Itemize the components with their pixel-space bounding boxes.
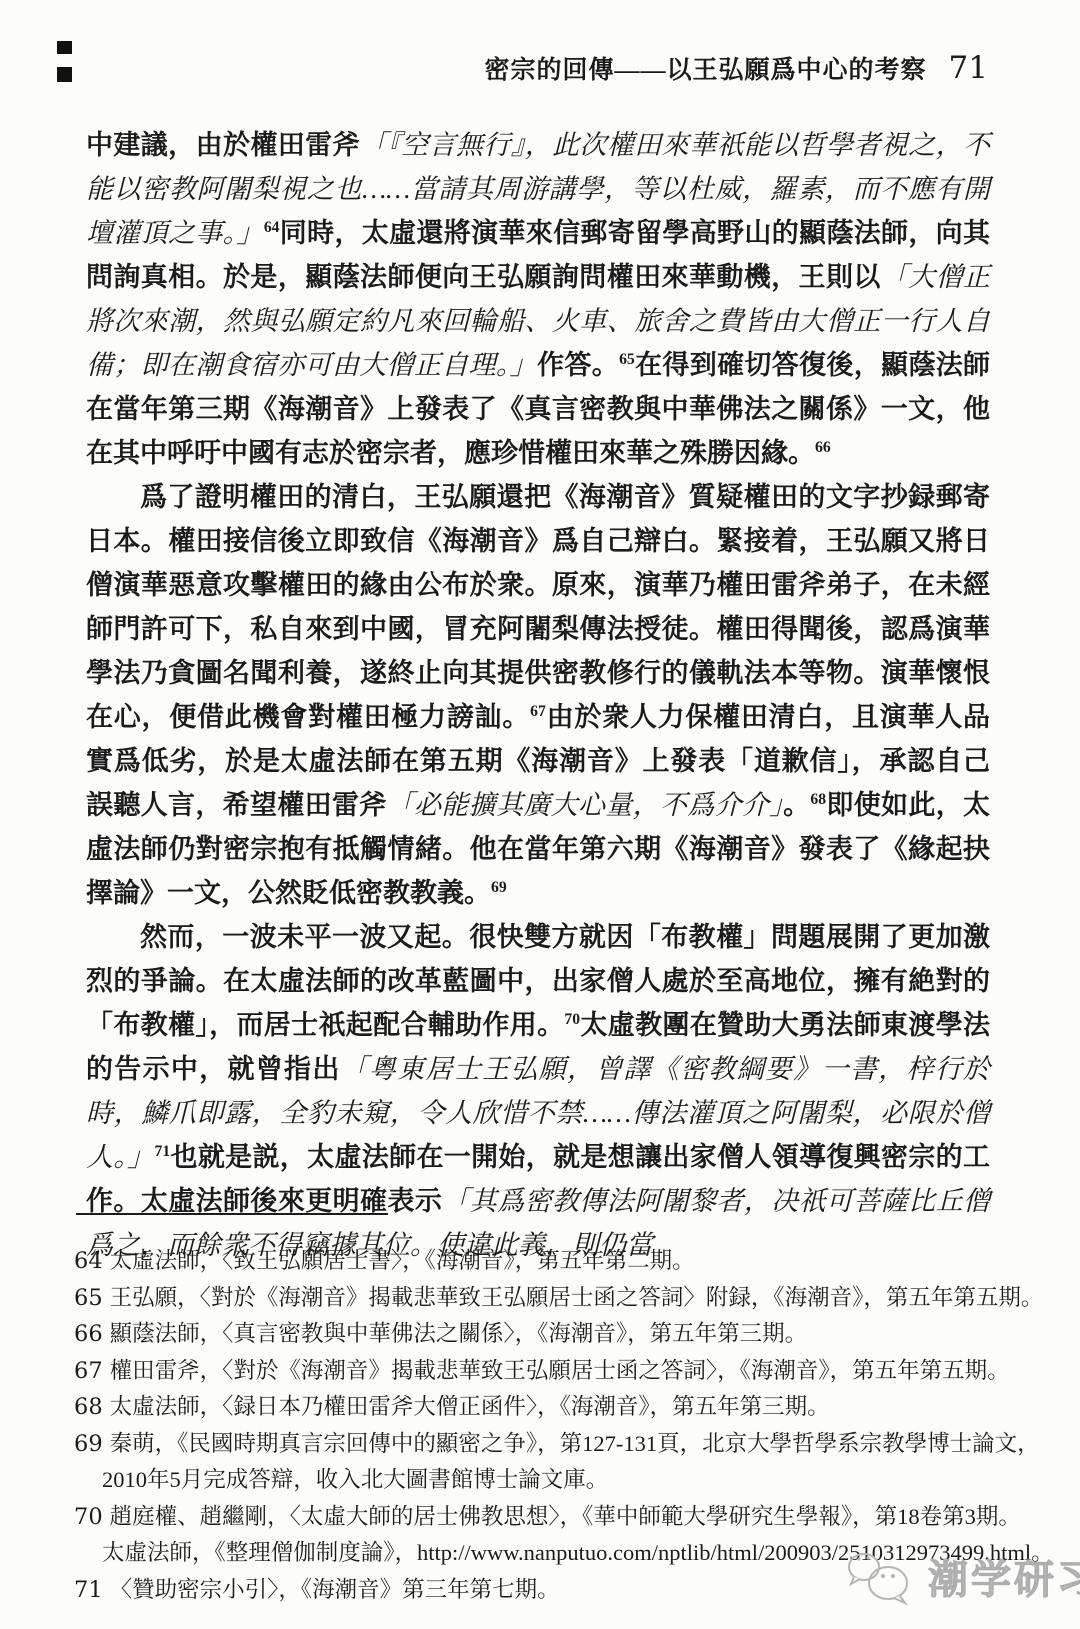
scanned-paper-page: 密宗的回傳——以王弘願爲中心的考察71 中建議，由於權田雷斧「『空言無行』，此次…: [0, 0, 1080, 1629]
text-segment: 中建議，由於權田雷斧: [86, 130, 360, 160]
footnote-marker: 64: [264, 219, 280, 236]
footnote-line: 68太虛法師，〈録日本乃權田雷斧大僧正函件〉，《海潮音》，第五年第三期。: [74, 1389, 1020, 1426]
footnote-line: 69秦萌，《民國時期真言宗回傳中的顯密之争》，第127-131頁，北京大學哲學系…: [74, 1426, 1020, 1463]
footnote-number: 68: [74, 1389, 103, 1426]
text-segment: 「必能擴其廣大心量，不爲介介」: [387, 790, 783, 820]
article-title: 密宗的回傳——以王弘願爲中心的考察: [485, 57, 927, 84]
footnote-text: 秦萌，《民國時期真言宗回傳中的顯密之争》，第127-131頁，北京大學哲學系宗教…: [110, 1431, 1040, 1456]
footnote-text: 2010年5月完成答辯，收入北大圖書館博士論文庫。: [102, 1467, 608, 1492]
footnote-marker: 67: [530, 703, 546, 720]
footnote-text: 權田雷斧，〈對於《海潮音》揭載悲華致王弘願居士函之答詞〉，《海潮音》，第五年第五…: [110, 1358, 1010, 1383]
footnote-line: 70趙庭權、趙繼剛，〈太虛大師的居士佛教思想〉，《華中師範大學研究生學報》，第1…: [74, 1499, 1020, 1536]
footnote-marker: 70: [564, 1011, 580, 1028]
footnote-line: 66顯蔭法師，〈真言密教與中華佛法之關係〉，《海潮音》，第五年第三期。: [74, 1316, 1020, 1353]
footnote-text: 顯蔭法師，〈真言密教與中華佛法之關係〉，《海潮音》，第五年第三期。: [110, 1321, 808, 1346]
footnote-text: 〈贊助密宗小引〉，《海潮音》第三年第七期。: [110, 1577, 560, 1602]
running-header: 密宗的回傳——以王弘願爲中心的考察71: [0, 50, 988, 86]
footnote-marker: 65: [619, 351, 635, 368]
footnote-number: 66: [74, 1316, 103, 1353]
footnote-number: 71: [74, 1572, 103, 1609]
footnote-text: 太虛法師，〈録日本乃權田雷斧大僧正函件〉，《海潮音》，第五年第三期。: [110, 1394, 830, 1419]
footnote-text: 趙庭權、趙繼剛，〈太虛大師的居士佛教思想〉，《華中師範大學研究生學報》，第18卷…: [110, 1504, 1021, 1529]
footnote-line: 2010年5月完成答辯，收入北大圖書館博士論文庫。: [74, 1462, 1020, 1499]
footnote-text: 太虛法師，《整理僧伽制度論》，http://www.nanputuo.com/n…: [102, 1540, 1054, 1565]
footnote-marker: 68: [810, 791, 826, 808]
footnote-line: 65王弘願，〈對於《海潮音》揭載悲華致王弘願居士函之答詞〉附録，《海潮音》，第五…: [74, 1280, 1020, 1317]
text-segment: 爲了證明權田的清白，王弘願還把《海潮音》質疑權田的文字抄録郵寄日本。權田接信後立…: [86, 482, 990, 732]
footnotes: 64太虛法師，〈致王弘願居士書〉，《海潮音》，第五年第二期。65王弘願，〈對於《…: [74, 1243, 1020, 1608]
footnote-line: 64太虛法師，〈致王弘願居士書〉，《海潮音》，第五年第二期。: [74, 1243, 1020, 1280]
footnote-text: 王弘願，〈對於《海潮音》揭載悲華致王弘願居士函之答詞〉附録，《海潮音》，第五年第…: [110, 1285, 1044, 1310]
footnote-number: 65: [74, 1280, 103, 1317]
footnote-marker: 69: [491, 879, 507, 896]
text-segment: 。: [783, 790, 810, 820]
body-text: 中建議，由於權田雷斧「『空言無行』，此次權田來華祇能以哲學者視之，不能以密教阿闍…: [86, 123, 990, 1267]
footnote-text: 太虛法師，〈致王弘願居士書〉，《海潮音》，第五年第二期。: [110, 1248, 695, 1273]
paragraph: 爲了證明權田的清白，王弘願還把《海潮音》質疑權田的文字抄録郵寄日本。權田接信後立…: [86, 475, 990, 915]
paragraph: 中建議，由於權田雷斧「『空言無行』，此次權田來華祇能以哲學者視之，不能以密教阿闍…: [86, 123, 990, 475]
footnote-line: 71〈贊助密宗小引〉，《海潮音》第三年第七期。: [74, 1572, 1020, 1609]
footnote-number: 64: [74, 1243, 103, 1280]
footnote-marker: 71: [155, 1143, 171, 1160]
footnote-line: 太虛法師，《整理僧伽制度論》，http://www.nanputuo.com/n…: [74, 1535, 1020, 1572]
footnote-number: 70: [74, 1499, 103, 1536]
text-segment: 作答。: [537, 350, 619, 380]
footnote-line: 67權田雷斧，〈對於《海潮音》揭載悲華致王弘願居士函之答詞〉，《海潮音》，第五年…: [74, 1353, 1020, 1390]
footnote-number: 69: [74, 1426, 103, 1463]
page-number: 71: [949, 50, 988, 86]
footnote-marker: 66: [815, 439, 831, 456]
footnote-number: 67: [74, 1353, 103, 1390]
footnote-separator: [76, 1213, 388, 1215]
